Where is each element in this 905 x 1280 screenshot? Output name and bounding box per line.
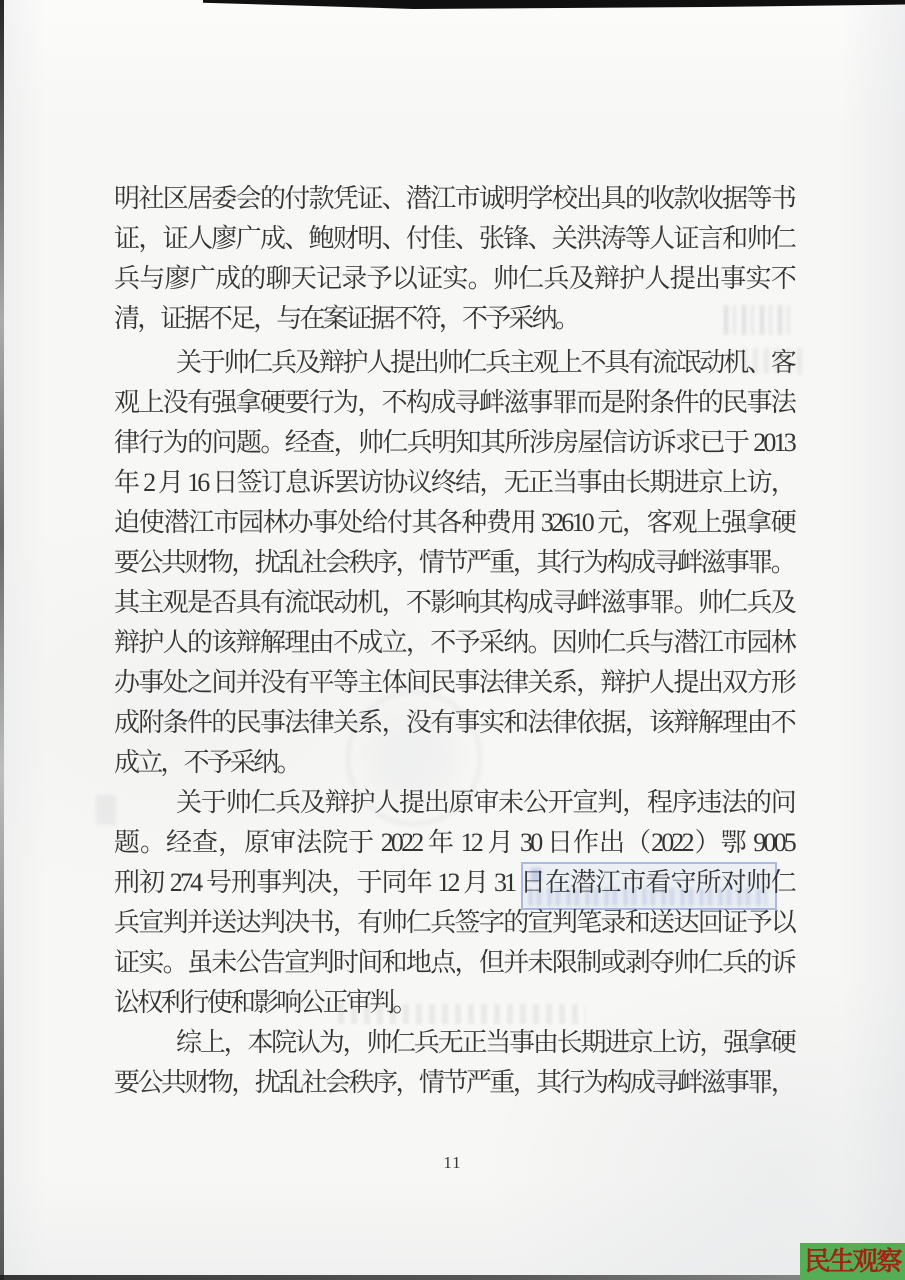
body-text-line: 兵宣判并送达判决书，有帅仁兵签字的宣判笔录和送达回证予以	[114, 903, 794, 943]
body-text-line: 要公共财物，扰乱社会秩序，情节严重，其行为构成寻衅滋事罪。	[114, 543, 794, 583]
paragraph: 明社区居委会的付款凭证、潜江市诚明学校出具的收款收据等书 证，证人廖广成、鲍财明…	[114, 179, 794, 339]
body-text-line: 律行为的问题。经查，帅仁兵明知其所涉房屋信访诉求已于 2013	[114, 423, 794, 463]
body-text-line: 办事处之间并没有平等主体间民事法律关系，辩护人提出双方形	[114, 663, 794, 703]
body-text-line: 综上，本院认为，帅仁兵无正当事由长期进京上访，强拿硬	[114, 1023, 794, 1063]
body-text-line: 辩护人的该辩解理由不成立，不予采纳。因帅仁兵与潜江市园林	[114, 623, 794, 663]
paragraph: 关于帅仁兵及辩护人提出原审未公开宣判，程序违法的问 题。经查，原审法院于 202…	[114, 783, 794, 1023]
page-number: 11	[0, 1153, 905, 1173]
scan-edge-bottom	[0, 1275, 905, 1280]
body-text-line: 证，证人廖广成、鲍财明、付佳、张锋、关洪涛等人证言和帅仁	[114, 219, 794, 259]
body-text-line: 要公共财物，扰乱社会秩序，情节严重，其行为构成寻衅滋事罪，	[114, 1063, 794, 1103]
body-text-line: 其主观是否具有流氓动机，不影响其构成寻衅滋事罪。帅仁兵及	[114, 583, 794, 623]
body-text-line: 关于帅仁兵及辩护人提出帅仁兵主观上不具有流氓动机、客	[114, 343, 794, 383]
watermark-badge: 民生观察	[800, 1243, 905, 1280]
body-text-line: 兵与廖广成的聊天记录予以证实。帅仁兵及辩护人提出事实不	[114, 259, 794, 299]
body-text-line: 证实。虽未公告宣判时间和地点，但并未限制或剥夺帅仁兵的诉	[114, 943, 794, 983]
body-text-line: 题。经查，原审法院于 2022 年 12 月 30 日作出（2022）鄂 900…	[114, 823, 794, 863]
paragraph: 综上，本院认为，帅仁兵无正当事由长期进京上访，强拿硬 要公共财物，扰乱社会秩序，…	[114, 1023, 794, 1103]
scan-edge-left	[0, 0, 4, 1280]
paragraph: 关于帅仁兵及辩护人提出帅仁兵主观上不具有流氓动机、客 观上没有强拿硬要行为，不构…	[114, 343, 794, 783]
scan-edge-top	[203, 0, 905, 9]
body-text-line: 成立，不予采纳。	[114, 743, 794, 783]
body-text-line: 讼权利行使和影响公正审判。	[114, 983, 794, 1023]
body-text-line: 观上没有强拿硬要行为，不构成寻衅滋事罪而是附条件的民事法	[114, 383, 794, 423]
body-text-line: 年 2 月 16 日签订息诉罢访协议终结，无正当事由长期进京上访，	[114, 463, 794, 503]
body-text-line: 关于帅仁兵及辩护人提出原审未公开宣判，程序违法的问	[114, 783, 794, 823]
body-text-line: 迫使潜江市园林办事处给付其各种费用 32610 元，客观上强拿硬	[114, 503, 794, 543]
body-text-line: 成附条件的民事法律关系，没有事实和法律依据，该辩解理由不	[114, 703, 794, 743]
scanned-document-page: 明社区居委会的付款凭证、潜江市诚明学校出具的收款收据等书 证，证人廖广成、鲍财明…	[0, 0, 905, 1280]
bleedthrough-text-artifact	[96, 795, 116, 825]
body-text-line: 刑初 274 号刑事判决，于同年 12 月 31 日在潜江市看守所对帅仁	[114, 863, 794, 903]
body-text-line: 清，证据不足，与在案证据不符，不予采纳。	[114, 299, 794, 339]
body-text-line: 明社区居委会的付款凭证、潜江市诚明学校出具的收款收据等书	[114, 179, 794, 219]
